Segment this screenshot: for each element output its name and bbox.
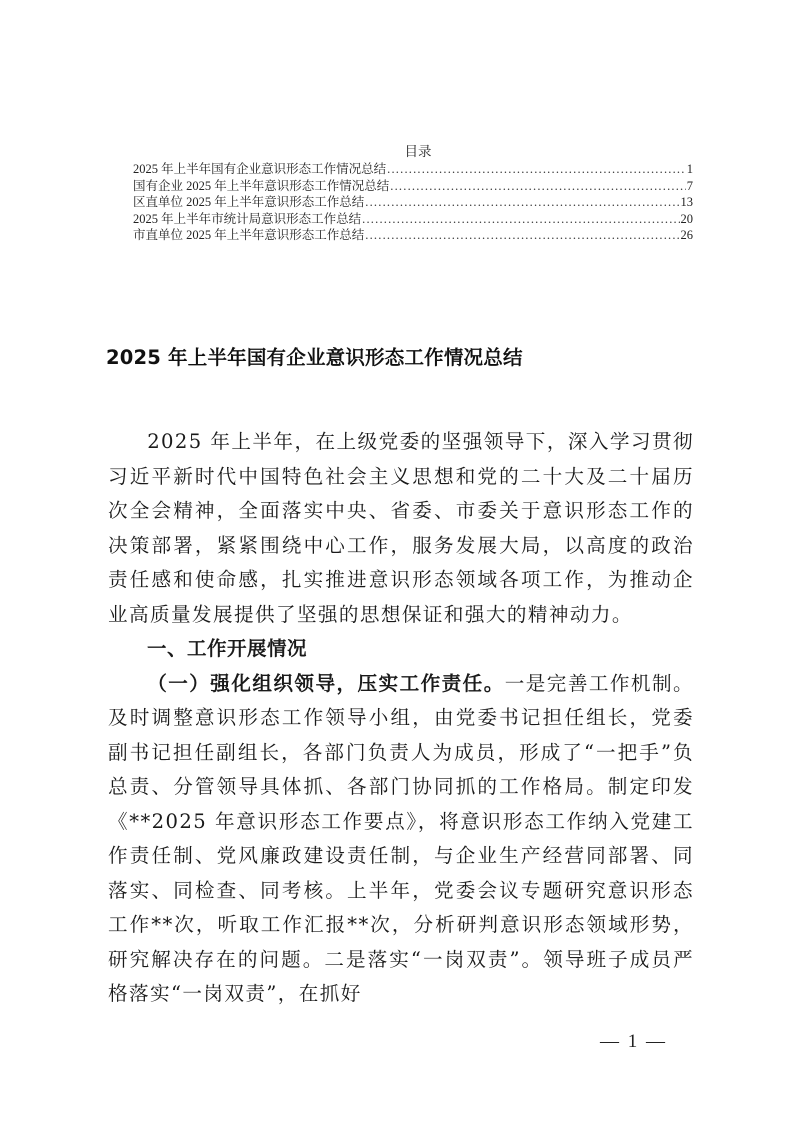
toc-entry-page: 7 <box>687 178 693 195</box>
subsection-lead: （一）强化组织领导，压实工作责任。 <box>147 672 505 695</box>
toc-entry-page: 13 <box>681 194 694 211</box>
toc-entry[interactable]: 国有企业 2025 年上半年意识形态工作情况总结 7 <box>133 178 693 195</box>
toc-entry-text: 国有企业 2025 年上半年意识形态工作情况总结 <box>133 178 389 195</box>
toc-entry-page: 1 <box>687 161 693 178</box>
toc-entry-text: 市直单位 2025 年上半年意识形态工作总结 <box>133 227 364 244</box>
toc-leader-dots <box>387 161 686 178</box>
document-title: 2025 年上半年国有企业意识形态工作情况总结 <box>106 344 523 372</box>
page-number: — 1 — <box>600 1031 665 1053</box>
toc-entry-text: 区直单位 2025 年上半年意识形态工作总结 <box>133 194 364 211</box>
toc-entry-page: 20 <box>681 211 694 228</box>
toc-leader-dots <box>365 227 679 244</box>
intro-paragraph: 2025 年上半年，在上级党委的坚强领导下，深入学习贯彻习近平新时代中国特色社会… <box>108 425 694 632</box>
toc-entry[interactable]: 2025 年上半年国有企业意识形态工作情况总结 1 <box>133 161 693 178</box>
toc-entry[interactable]: 区直单位 2025 年上半年意识形态工作总结 13 <box>133 194 693 211</box>
toc-entry-text: 2025 年上半年国有企业意识形态工作情况总结 <box>133 161 386 178</box>
document-page: 目录 2025 年上半年国有企业意识形态工作情况总结 1 国有企业 2025 年… <box>0 0 793 1122</box>
toc-entry-text: 2025 年上半年市统计局意识形态工作总结 <box>133 211 361 228</box>
toc-leader-dots <box>365 194 679 211</box>
subsection-body: 一是完善工作机制。及时调整意识形态工作领导小组，由党委书记担任组长，党委副书记担… <box>108 672 694 1006</box>
toc-entry[interactable]: 市直单位 2025 年上半年意识形态工作总结 26 <box>133 227 693 244</box>
subsection-paragraph: （一）强化组织领导，压实工作责任。一是完善工作机制。及时调整意识形态工作领导小组… <box>108 667 694 1012</box>
toc-leader-dots <box>362 211 679 228</box>
toc-entry-page: 26 <box>681 227 694 244</box>
table-of-contents: 目录 2025 年上半年国有企业意识形态工作情况总结 1 国有企业 2025 年… <box>133 143 693 244</box>
toc-title: 目录 <box>143 143 693 161</box>
section-heading: 一、工作开展情况 <box>108 632 694 667</box>
toc-entry[interactable]: 2025 年上半年市统计局意识形态工作总结 20 <box>133 211 693 228</box>
toc-leader-dots <box>390 178 685 195</box>
document-body: 2025 年上半年，在上级党委的坚强领导下，深入学习贯彻习近平新时代中国特色社会… <box>108 425 694 1012</box>
